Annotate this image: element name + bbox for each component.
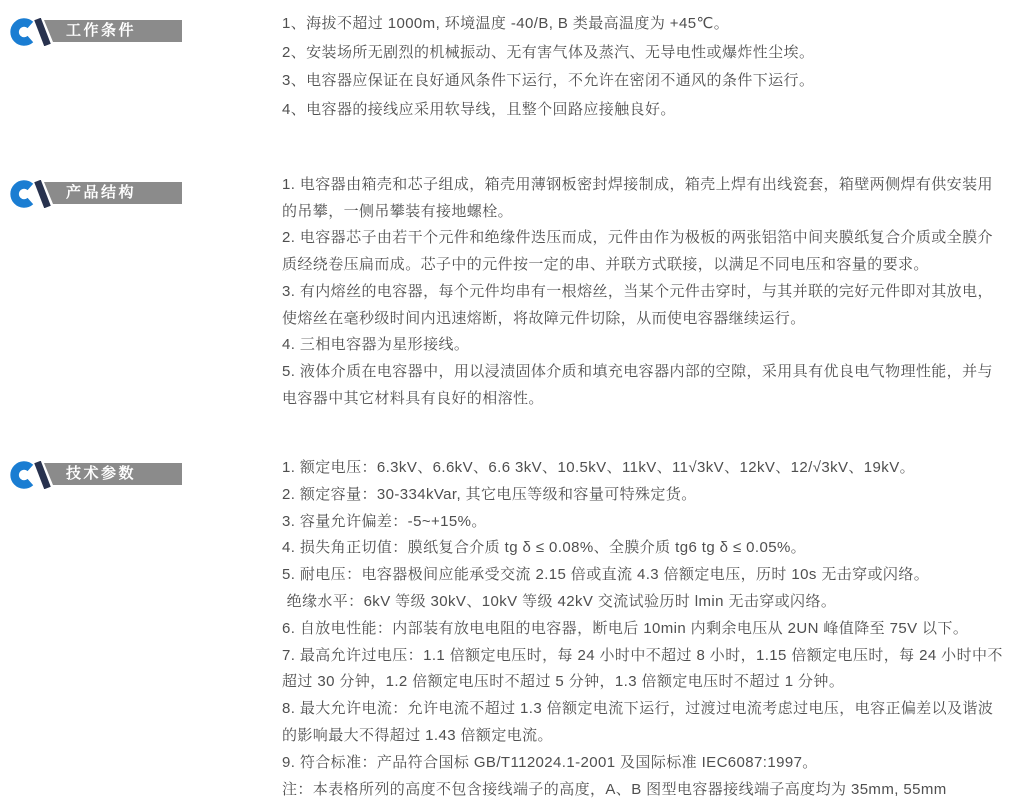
section-body-product-structure: 1. 电容器由箱壳和芯子组成，箱壳用薄钢板密封焊接制成，箱壳上焊有出线瓷套，箱壁…: [282, 172, 993, 412]
product-spec-page: 工作条件 1、海拔不超过 1000m, 环境温度 -40/B, B 类最高温度为…: [0, 0, 1032, 807]
text-line: 注：本表格所列的高度不包含接线端子的高度，A、B 图型电容器接线端子高度均为 3…: [282, 777, 1003, 804]
section-body-working-conditions: 1、海拔不超过 1000m, 环境温度 -40/B, B 类最高温度为 +45℃…: [282, 10, 814, 124]
text-line: 的吊攀，一侧吊攀装有接地螺栓。: [282, 199, 993, 226]
section-title-bar: 技术参数: [44, 463, 182, 485]
text-line: 5. 液体介质在电容器中，用以浸渍固体介质和填充电容器内部的空隙，采用具有优良电…: [282, 359, 993, 386]
text-line: 2. 额定容量：30-334kVar, 其它电压等级和容量可特殊定货。: [282, 482, 1003, 509]
text-line: 1. 电容器由箱壳和芯子组成，箱壳用薄钢板密封焊接制成，箱壳上焊有出线瓷套，箱壁…: [282, 172, 993, 199]
text-line: 1、海拔不超过 1000m, 环境温度 -40/B, B 类最高温度为 +45℃…: [282, 10, 814, 39]
text-line: 8. 最大允许电流：允许电流不超过 1.3 倍额定电流下运行，过渡过电流考虑过电…: [282, 696, 1003, 723]
text-line: 超过 30 分钟，1.2 倍额定电压时不超过 5 分钟，1.3 倍额定电压时不超…: [282, 669, 1003, 696]
section-header-product-structure: 产品结构: [10, 180, 182, 208]
text-line: 绝缘水平：6kV 等级 30kV、10kV 等级 42kV 交流试验历时 lmi…: [282, 589, 1003, 616]
text-line: 9. 符合标准：产品符合国标 GB/T112024.1-2001 及国际标准 I…: [282, 750, 1003, 777]
text-line: 质经绕卷压扁而成。芯子中的元件按一定的串、并联方式联接，以满足不同电压和容量的要…: [282, 252, 993, 279]
section-body-technical-parameters: 1. 额定电压：6.3kV、6.6kV、6.6 3kV、10.5kV、11kV、…: [282, 455, 1003, 803]
section-title: 工作条件: [44, 20, 136, 42]
text-line: 4. 损失角正切值：膜纸复合介质 tg δ ≤ 0.08%、全膜介质 tg6 t…: [282, 535, 1003, 562]
text-line: 的影响最大不得超过 1.43 倍额定电流。: [282, 723, 1003, 750]
text-line: 6. 自放电性能：内部装有放电电阻的电容器，断电后 10min 内剩余电压从 2…: [282, 616, 1003, 643]
text-line: 4. 三相电容器为星形接线。: [282, 332, 993, 359]
section-title-bar: 工作条件: [44, 20, 182, 42]
section-title-bar: 产品结构: [44, 182, 182, 204]
text-line: 电容器中其它材料具有良好的相溶性。: [282, 386, 993, 413]
text-line: 7. 最高允许过电压：1.1 倍额定电压时，每 24 小时中不超过 8 小时，1…: [282, 643, 1003, 670]
text-line: 2. 电容器芯子由若干个元件和绝缘件迭压而成，元件由作为极板的两张铝箔中间夹膜纸…: [282, 225, 993, 252]
text-line: 5. 耐电压：电容器极间应能承受交流 2.15 倍或直流 4.3 倍额定电压，历…: [282, 562, 1003, 589]
section-title: 技术参数: [44, 463, 136, 485]
section-header-working-conditions: 工作条件: [10, 18, 182, 46]
text-line: 使熔丝在毫秒级时间内迅速熔断，将故障元件切除，从而使电容器继续运行。: [282, 306, 993, 333]
text-line: 3. 容量允许偏差：-5~+15%。: [282, 509, 1003, 536]
section-header-technical-parameters: 技术参数: [10, 461, 182, 489]
section-title: 产品结构: [44, 182, 136, 204]
text-line: 3. 有内熔丝的电容器，每个元件均串有一根熔丝，当某个元件击穿时，与其并联的完好…: [282, 279, 993, 306]
text-line: 1. 额定电压：6.3kV、6.6kV、6.6 3kV、10.5kV、11kV、…: [282, 455, 1003, 482]
text-line: 2、安装场所无剧烈的机械振动、无有害气体及蒸汽、无导电性或爆炸性尘埃。: [282, 39, 814, 68]
text-line: 4、电容器的接线应采用软导线，且整个回路应接触良好。: [282, 96, 814, 125]
text-line: 3、电容器应保证在良好通风条件下运行，不允许在密闭不通风的条件下运行。: [282, 67, 814, 96]
